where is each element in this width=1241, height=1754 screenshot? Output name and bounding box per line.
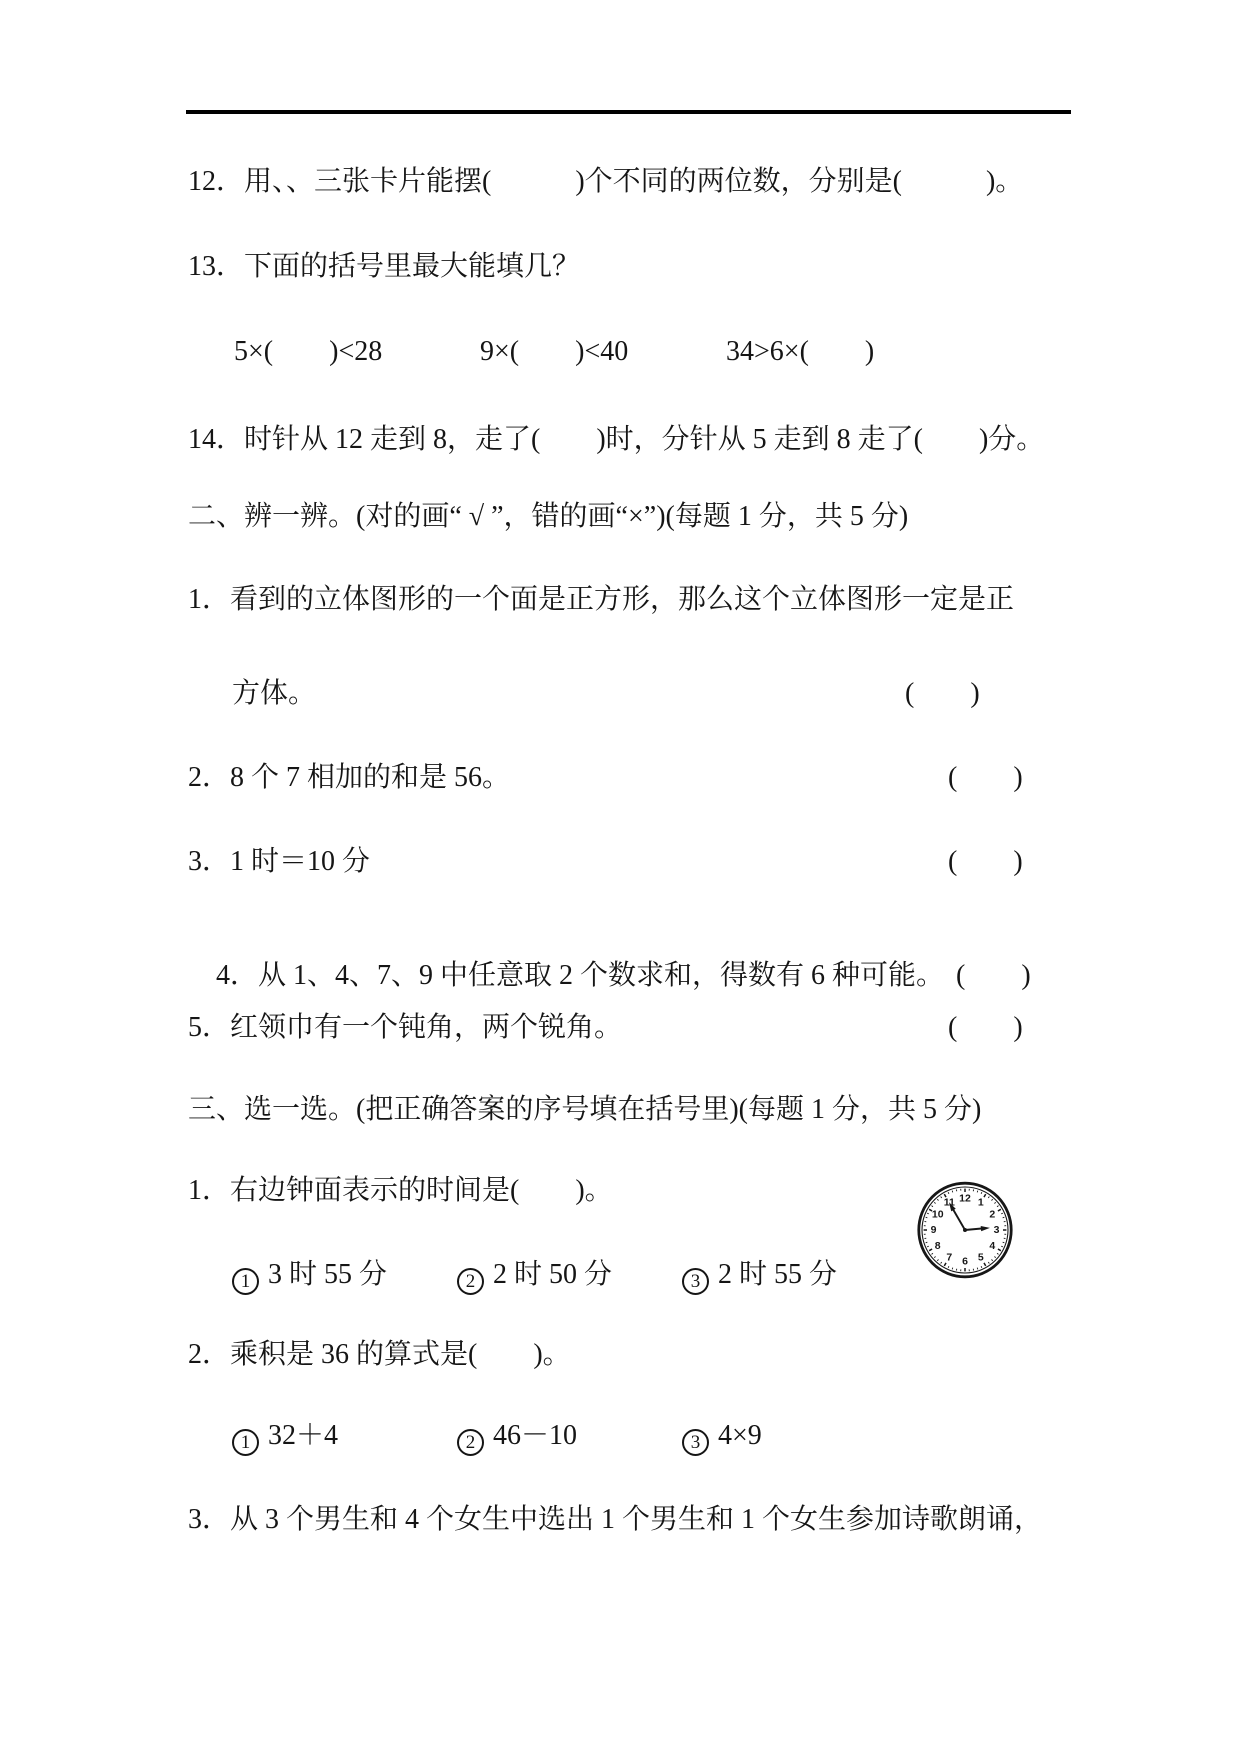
option-label: 2 时 55 分 [718,1259,837,1290]
circled-number-icon: 3 [682,1268,709,1295]
svg-text:8: 8 [935,1240,941,1252]
question-13-equations-row: 5×( )<28 9×( )<40 34>6×( ) [234,337,874,367]
tf-question-5-answer-bracket: ( ) [948,1013,1023,1043]
svg-text:9: 9 [931,1224,937,1236]
choice-question-3: 3．从 3 个男生和 4 个女生中选出 1 个男生和 1 个女生参加诗歌朗诵， [188,1505,1042,1535]
svg-text:10: 10 [932,1208,944,1220]
header-divider-line [186,110,1071,114]
svg-text:12: 12 [959,1193,971,1205]
svg-text:3: 3 [994,1224,1000,1236]
tf-question-1-answer-bracket: ( ) [905,679,980,709]
tf-question-4: 4．从 1、4、7、9 中任意取 2 个数求和，得数有 6 种可能。( ) [188,931,1031,1021]
svg-text:7: 7 [946,1251,952,1263]
equation-2: 9×( )<40 [480,337,726,367]
tf-question-4-text: 4．从 1、4、7、9 中任意取 2 个数求和，得数有 6 种可能。 [216,960,944,991]
circled-number-icon: 1 [232,1429,259,1456]
svg-text:4: 4 [989,1240,995,1252]
option-label: 46－10 [493,1420,577,1451]
tf-question-1-line-1: 1．看到的立体图形的一个面是正方形，那么这个立体图形一定是正 [188,585,1014,615]
tf-question-2: 2．8 个 7 相加的和是 56。 [188,763,510,793]
question-13: 13．下面的括号里最大能填几？ [188,252,580,282]
svg-text:6: 6 [962,1256,968,1268]
tf-question-3: 3．1 时＝10 分 [188,847,370,877]
choice-2-option-2: 246－10 [457,1421,682,1456]
choice-1-option-2: 22 时 50 分 [457,1260,682,1295]
option-label: 32＋4 [268,1420,338,1451]
equation-3: 34>6×( ) [726,337,874,367]
tf-question-2-answer-bracket: ( ) [948,763,1023,793]
svg-text:2: 2 [989,1208,995,1220]
circled-number-icon: 1 [232,1268,259,1295]
option-label: 4×9 [718,1420,762,1451]
question-14: 14．时针从 12 走到 8，走了( )时，分针从 5 走到 8 走了( )分。 [188,425,1044,455]
clock-image: 121234567891011 [916,1181,1014,1279]
choice-1-option-1: 13 时 55 分 [232,1260,457,1295]
section-3-header: 三、选一选。(把正确答案的序号填在括号里)(每题 1 分，共 5 分) [188,1095,981,1125]
worksheet-page: 12．用、、三张卡片能摆( )个不同的两位数，分别是( )。 13．下面的括号里… [0,0,1241,1754]
choice-2-option-1: 132＋4 [232,1421,457,1456]
circled-number-icon: 3 [682,1429,709,1456]
choice-question-1: 1．右边钟面表示的时间是( )。 [188,1176,613,1206]
option-label: 2 时 50 分 [493,1259,612,1290]
equation-1: 5×( )<28 [234,337,480,367]
tf-question-5: 5．红领巾有一个钝角，两个锐角。 [188,1013,622,1043]
circled-number-icon: 2 [457,1268,484,1295]
tf-question-1-line-2: 方体。 [232,679,316,709]
choice-question-2-options: 132＋4 246－10 34×9 [232,1421,762,1456]
tf-question-4-answer-bracket: ( ) [956,960,1031,991]
question-12: 12．用、、三张卡片能摆( )个不同的两位数，分别是( )。 [188,167,1023,197]
choice-1-option-3: 32 时 55 分 [682,1260,837,1295]
choice-question-1-options: 13 时 55 分 22 时 50 分 32 时 55 分 [232,1260,837,1295]
svg-text:1: 1 [978,1197,984,1209]
tf-question-3-answer-bracket: ( ) [948,847,1023,877]
option-label: 3 时 55 分 [268,1259,387,1290]
choice-2-option-3: 34×9 [682,1421,762,1456]
svg-text:5: 5 [978,1251,984,1263]
choice-question-2: 2．乘积是 36 的算式是( )。 [188,1340,571,1370]
section-2-header: 二、辨一辨。(对的画“ √ ”，错的画“×”)(每题 1 分，共 5 分) [188,502,908,532]
circled-number-icon: 2 [457,1429,484,1456]
